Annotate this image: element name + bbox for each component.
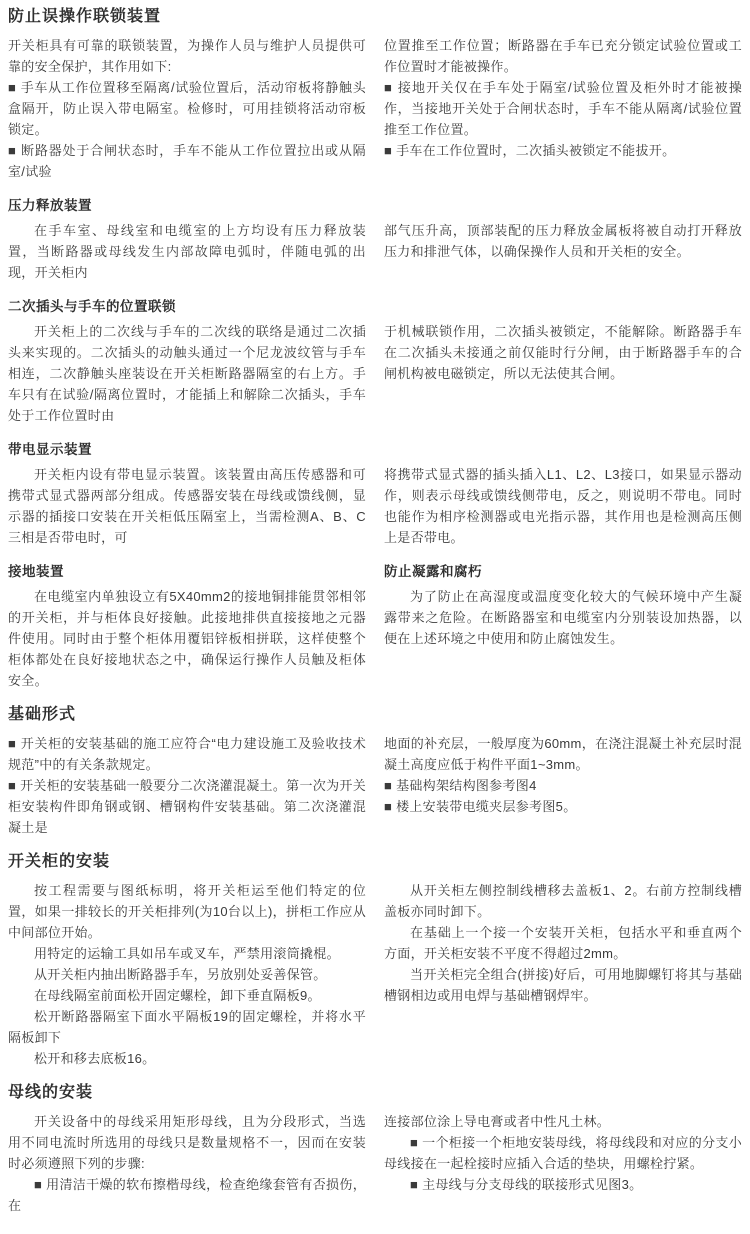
section-secondary-plug-interlock: 二次插头与手车的位置联锁 开关柜上的二次线与手车的二次线的联络是通过二次插头来实… [8,297,742,426]
section-heading: 开关柜的安装 [8,852,366,872]
left-column: 开关柜的安装 按工程需要与图纸标明，将开关柜运至他们特定的位置，如果一排较长的开… [8,852,366,1069]
section-heading: 母线的安装 [8,1083,366,1103]
right-column: 地面的补充层，一般厚度为60mm，在浇注混凝土补充层时混凝土高度应低于构件平面1… [384,733,742,838]
paragraph: 用特定的运输工具如吊车或叉车，严禁用滚筒撬棍。 [8,943,366,964]
bullet-item: ■ 一个柜接一个柜地安装母线，将母线段和对应的分支小母线接在一起栓接时应插入合适… [384,1132,742,1174]
bullet-item: ■ 用清洁干燥的软布擦楷母线，检查绝缘套管有否损伤，在 [8,1174,366,1216]
section-live-display-device: 带电显示装置 开关柜内设有带电显示装置。该装置由高压传感器和可携带式显式器两部分… [8,440,742,548]
left-column: 防止误操作联锁装置 开关柜具有可靠的联锁装置，为操作人员与维护人员提供可靠的安全… [8,7,366,182]
continuation-paragraph: 将携带式显式器的插头插入L1、L2、L3接口，如果显示器动作，则表示母线或馈线侧… [384,464,742,548]
paragraph: 从开关柜左侧控制线槽移去盖板1、2。右前方控制线槽盖板亦同时卸下。 [384,880,742,922]
paragraph: 为了防止在高湿度或温度变化较大的气候环境中产生凝露带来之危险。在断路器室和电缆室… [384,586,742,649]
paragraph: 按工程需要与图纸标明，将开关柜运至他们特定的位置，如果一排较长的开关柜排列(为1… [8,880,366,943]
paragraph: 从开关柜内抽出断路器手车，另放别处妥善保管。 [8,964,366,985]
bullet-item: ■ 手车从工作位置移至隔离/试验位置后，活动帘板将静触头盒隔开，防止误入带电隔室… [8,77,366,140]
section-heading: 压力释放装置 [8,196,366,215]
paragraph: 在手车室、母线室和电缆室的上方均设有压力释放装置，当断路器或母线发生内部故障电弧… [8,220,366,283]
continuation-paragraph: 部气压升高，顶部装配的压力释放金属板将被自动打开释放压力和排泄气体，以确保操作人… [384,220,742,262]
paragraph: 在基础上一个接一个安装开关柜，包括水平和垂直两个方面，开关柜安装不平度不得超过2… [384,922,742,964]
right-column: 将携带式显式器的插头插入L1、L2、L3接口，如果显示器动作，则表示母线或馈线侧… [384,464,742,548]
bullet-item: ■ 手车在工作位置时，二次插头被锁定不能拔开。 [384,140,742,161]
paragraph: 在电缆室内单独设立有5X40mm2的接地铜排能贯邻相邻的开关柜，并与柜体良好接触… [8,586,366,691]
continuation-paragraph: 连接部位涂上导电膏或者中性凡土林。 [384,1111,742,1132]
right-column: 位置推至工作位置；断路器在手车已充分锁定试验位置或工作位置时才能被操作。 ■ 接… [384,35,742,182]
paragraph: 松开断路器隔室下面水平隔板19的固定螺栓，并将水平隔板卸下 [8,1006,366,1048]
section-heading: 带电显示装置 [8,440,366,459]
left-column: 二次插头与手车的位置联锁 开关柜上的二次线与手车的二次线的联络是通过二次插头来实… [8,297,366,426]
paragraph: 开关柜内设有带电显示装置。该装置由高压传感器和可携带式显式器两部分组成。传感器安… [8,464,366,548]
paragraph: 开关柜具有可靠的联锁装置，为操作人员与维护人员提供可靠的安全保护，其作用如下: [8,35,366,77]
bullet-item: ■ 开关柜的安装基础的施工应符合“电力建设施工及验收技术规范”中的有关条款规定。 [8,733,366,775]
paragraph: 在母线隔室前面松开固定螺栓，卸下垂直隔板9。 [8,985,366,1006]
left-column: 接地装置 在电缆室内单独设立有5X40mm2的接地铜排能贯邻相邻的开关柜，并与柜… [8,562,366,691]
continuation-paragraph: 地面的补充层，一般厚度为60mm，在浇注混凝土补充层时混凝土高度应低于构件平面1… [384,733,742,775]
continuation-paragraph: 位置推至工作位置；断路器在手车已充分锁定试验位置或工作位置时才能被操作。 [384,35,742,77]
right-column: 从开关柜左侧控制线槽移去盖板1、2。右前方控制线槽盖板亦同时卸下。 在基础上一个… [384,880,742,1069]
paragraph: 开关设备中的母线采用矩形母线，且为分段形式，当选用不同电流时所选用的母线只是数量… [8,1111,366,1174]
section-heading: 防止凝露和腐朽 [384,562,742,581]
bullet-item: ■ 开关柜的安装基础一般要分二次浇灌混凝土。第一次为开关柜安装构件即角钢或钢、槽… [8,775,366,838]
section-heading: 接地装置 [8,562,366,581]
section-heading: 基础形式 [8,705,366,725]
section-busbar-installation: 母线的安装 开关设备中的母线采用矩形母线，且为分段形式，当选用不同电流时所选用的… [8,1083,742,1216]
section-pressure-release: 压力释放装置 在手车室、母线室和电缆室的上方均设有压力释放装置，当断路器或母线发… [8,196,742,283]
section-switchgear-installation: 开关柜的安装 按工程需要与图纸标明，将开关柜运至他们特定的位置，如果一排较长的开… [8,852,742,1069]
paragraph: 当开关柜完全组合(拼接)好后，可用地脚螺钉将其与基础槽钢相边或用电焊与基础槽钢焊… [384,964,742,1006]
bullet-item: ■ 基础构架结构图参考图4 [384,775,742,796]
paragraph: 松开和移去底板16。 [8,1048,366,1069]
section-grounding-and-anticondensation: 接地装置 在电缆室内单独设立有5X40mm2的接地铜排能贯邻相邻的开关柜，并与柜… [8,562,742,691]
bullet-item: ■ 断路器处于合闸状态时，手车不能从工作位置拉出或从隔室/试验 [8,140,366,182]
right-column: 于机械联锁作用，二次插头被锁定，不能解除。断路器手车在二次插头未接通之前仅能时行… [384,321,742,426]
right-column: 防止凝露和腐朽 为了防止在高湿度或温度变化较大的气候环境中产生凝露带来之危险。在… [384,562,742,691]
section-heading: 二次插头与手车的位置联锁 [8,297,366,316]
right-column: 连接部位涂上导电膏或者中性凡土林。 ■ 一个柜接一个柜地安装母线，将母线段和对应… [384,1111,742,1216]
left-column: 母线的安装 开关设备中的母线采用矩形母线，且为分段形式，当选用不同电流时所选用的… [8,1083,366,1216]
left-column: 基础形式 ■ 开关柜的安装基础的施工应符合“电力建设施工及验收技术规范”中的有关… [8,705,366,838]
bullet-item: ■ 接地开关仅在手车处于隔室/试验位置及柜外时才能被操作，当接地开关处于合闸状态… [384,77,742,140]
left-column: 压力释放装置 在手车室、母线室和电缆室的上方均设有压力释放装置，当断路器或母线发… [8,196,366,283]
continuation-paragraph: 于机械联锁作用，二次插头被锁定，不能解除。断路器手车在二次插头未接通之前仅能时行… [384,321,742,384]
document-page: 防止误操作联锁装置 开关柜具有可靠的联锁装置，为操作人员与维护人员提供可靠的安全… [0,0,750,1234]
bullet-item: ■ 楼上安装带电缆夹层参考图5。 [384,796,742,817]
section-heading: 防止误操作联锁装置 [8,7,366,27]
paragraph: 开关柜上的二次线与手车的二次线的联络是通过二次插头来实现的。二次插头的动触头通过… [8,321,366,426]
left-column: 带电显示装置 开关柜内设有带电显示装置。该装置由高压传感器和可携带式显式器两部分… [8,440,366,548]
section-foundation-type: 基础形式 ■ 开关柜的安装基础的施工应符合“电力建设施工及验收技术规范”中的有关… [8,705,742,838]
right-column: 部气压升高，顶部装配的压力释放金属板将被自动打开释放压力和排泄气体，以确保操作人… [384,220,742,283]
section-anti-misoperation-interlock: 防止误操作联锁装置 开关柜具有可靠的联锁装置，为操作人员与维护人员提供可靠的安全… [8,7,742,182]
bullet-item: ■ 主母线与分支母线的联接形式见图3。 [384,1174,742,1195]
